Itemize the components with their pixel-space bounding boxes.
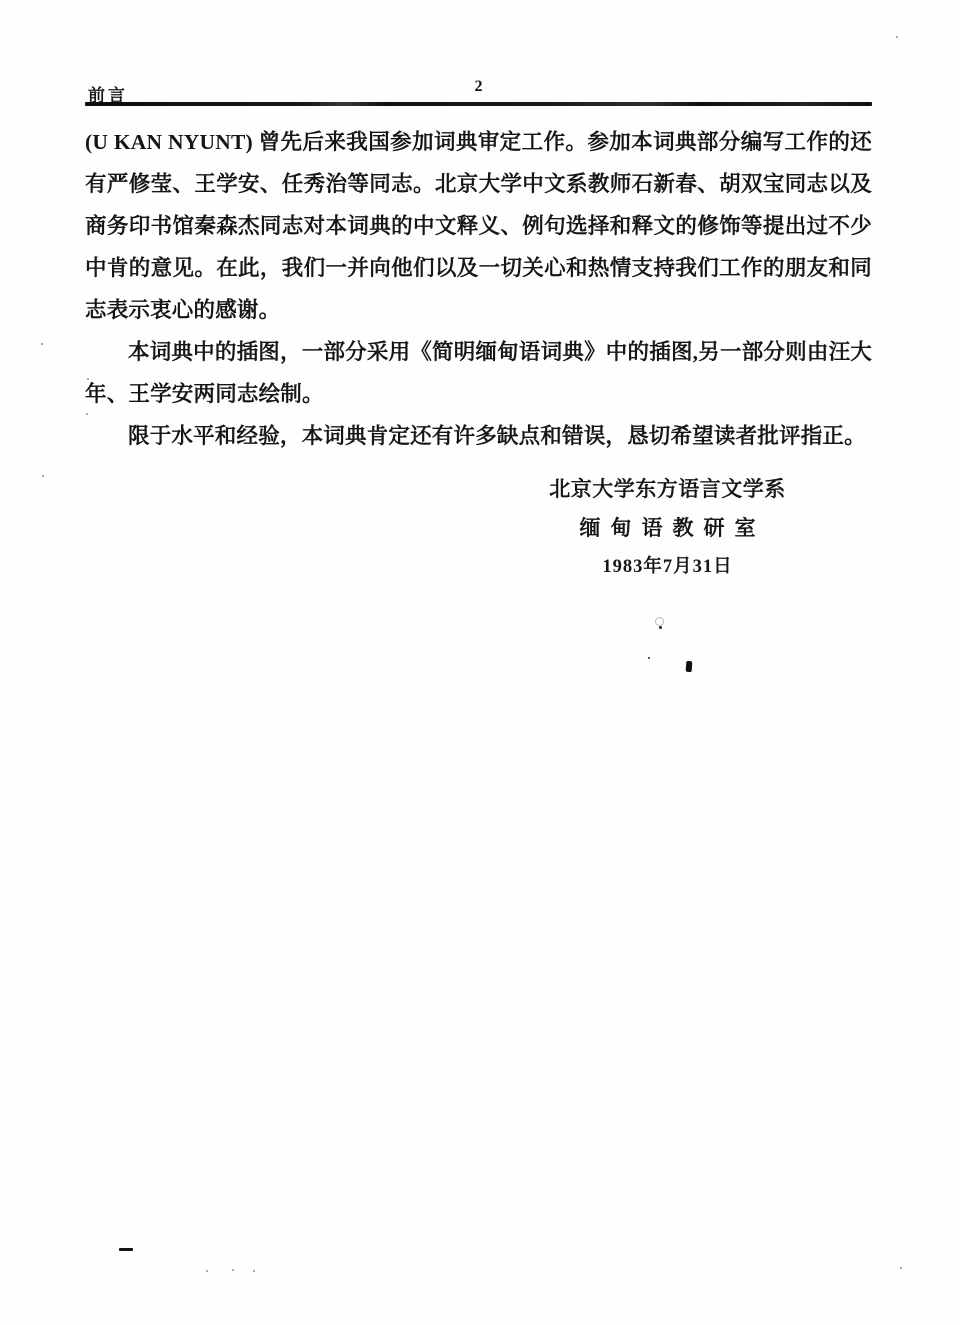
scan-noise-speck: [900, 1267, 902, 1269]
paragraph-illustrations: 本词典中的插图，一部分采用《简明缅甸语词典》中的插图,另一部分则由汪大年、王学安…: [85, 331, 872, 415]
signature-affiliation: 北京大学东方语言文学系: [540, 470, 795, 509]
scan-noise-speck: [232, 1269, 234, 1271]
scan-noise-speck: [87, 378, 89, 380]
body-text: (U KAN NYUNT) 曾先后来我国参加词典审定工作。参加本词典部分编写工作…: [85, 121, 872, 457]
scan-noise-speck: [648, 657, 650, 659]
scan-noise-speck: [206, 1270, 208, 1272]
scan-noise-blob: [686, 661, 693, 672]
signature-date: 1983年7月31日: [540, 548, 795, 586]
running-header: 前言 2: [85, 78, 872, 102]
scan-noise-speck: [41, 343, 43, 345]
page-number: 2: [85, 78, 872, 96]
scan-noise-speck: [253, 1270, 255, 1272]
signature-department: 缅甸语教研室: [540, 509, 805, 548]
scan-noise-speck: [659, 626, 662, 629]
scan-noise-dash: [119, 1248, 133, 1251]
paragraph-acknowledgements: (U KAN NYUNT) 曾先后来我国参加词典审定工作。参加本词典部分编写工作…: [85, 121, 872, 331]
header-rule: [85, 102, 872, 106]
scan-noise-speck: [86, 413, 88, 415]
scan-noise-speck: [896, 36, 898, 38]
paragraph-apology: 限于水平和经验，本词典肯定还有许多缺点和错误，恳切希望读者批评指正。: [85, 415, 872, 457]
scan-noise-ring: [655, 617, 664, 626]
scanned-document-page: 前言 2 (U KAN NYUNT) 曾先后来我国参加词典审定工作。参加本词典部…: [0, 0, 960, 1325]
scan-noise-speck: [42, 475, 44, 477]
signature-block: 北京大学东方语言文学系 缅甸语教研室 1983年7月31日: [540, 470, 795, 586]
